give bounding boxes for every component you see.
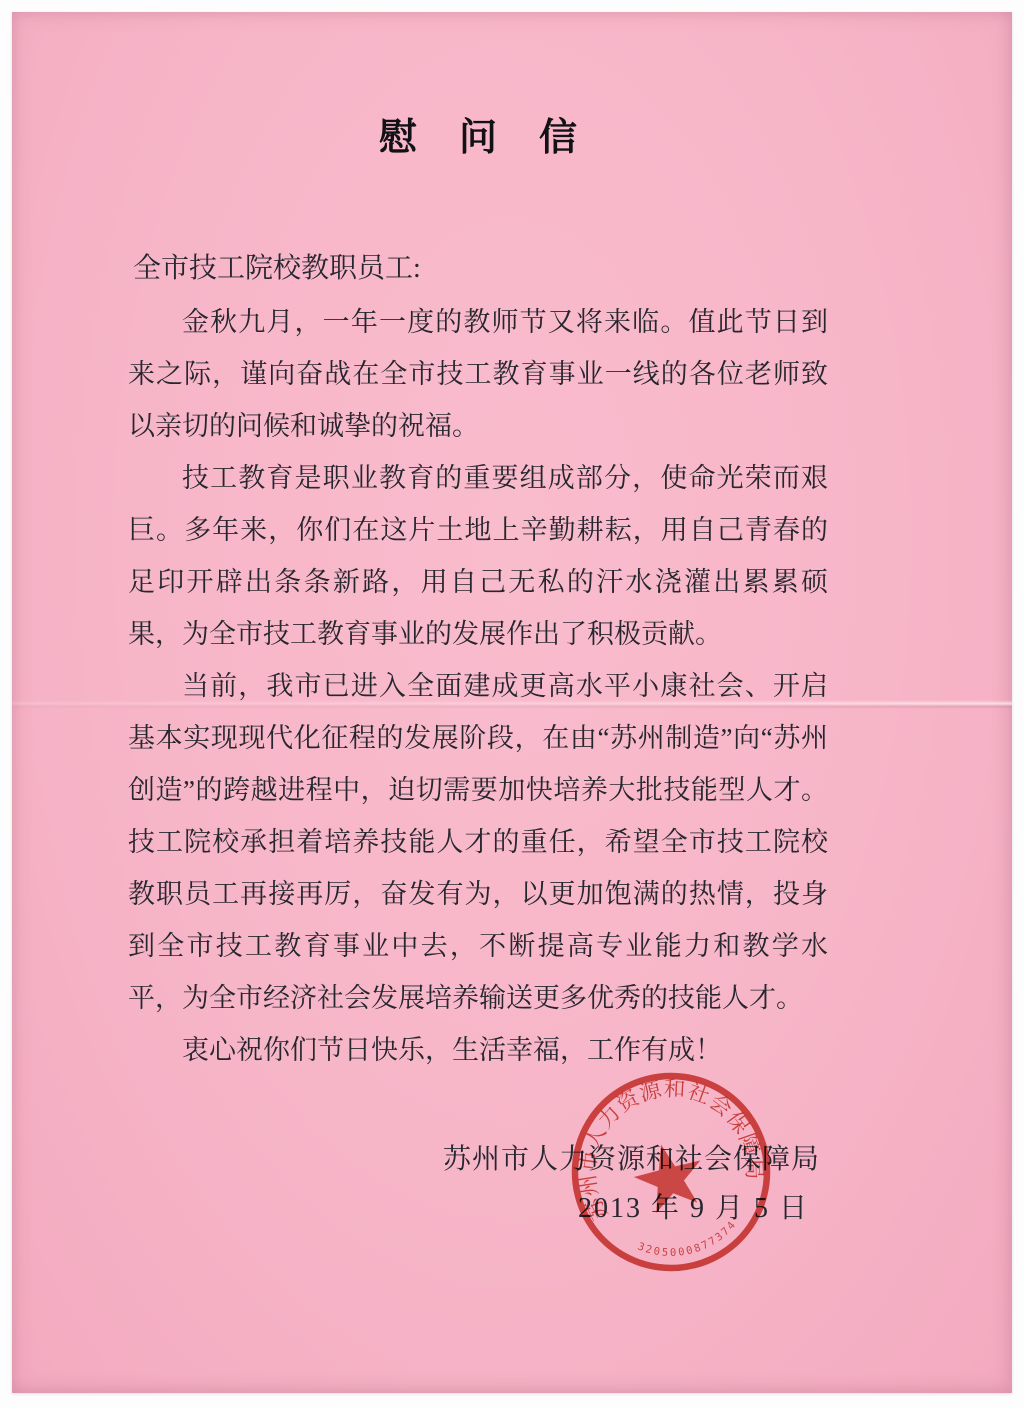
paragraph-1: 金秋九月，一年一度的教师节又将来临。值此节日到来之际，谨向奋战在全市技工教育事业… (128, 296, 828, 452)
seal-serial-container: 3205000877374 (633, 1216, 743, 1269)
paragraph-3: 当前，我市已进入全面建成更高水平小康社会、开启基本实现现代化征程的发展阶段，在由… (128, 660, 828, 1024)
official-seal: 苏州市人力资源和社会保障局 3205000877374 (556, 1057, 786, 1287)
scan-background: 慰 问 信 全市技工院校教职员工: 金秋九月，一年一度的教师节又将来临。值此节日… (0, 0, 1024, 1408)
paragraph-2: 技工教育是职业教育的重要组成部分，使命光荣而艰巨。多年来，你们在这片土地上辛勤耕… (128, 452, 828, 660)
seal-star-icon (628, 1136, 710, 1216)
salutation: 全市技工院校教职员工: (133, 252, 421, 286)
letter-title: 慰 问 信 (128, 116, 830, 160)
letter-paper: 慰 问 信 全市技工院校教职员工: 金秋九月，一年一度的教师节又将来临。值此节日… (12, 12, 1012, 1393)
seal-serial-number: 3205000877374 (633, 1216, 743, 1269)
paper-fold-crease (12, 700, 1012, 709)
letter-body: 金秋九月，一年一度的教师节又将来临。值此节日到来之际，谨向奋战在全市技工教育事业… (128, 296, 828, 1076)
